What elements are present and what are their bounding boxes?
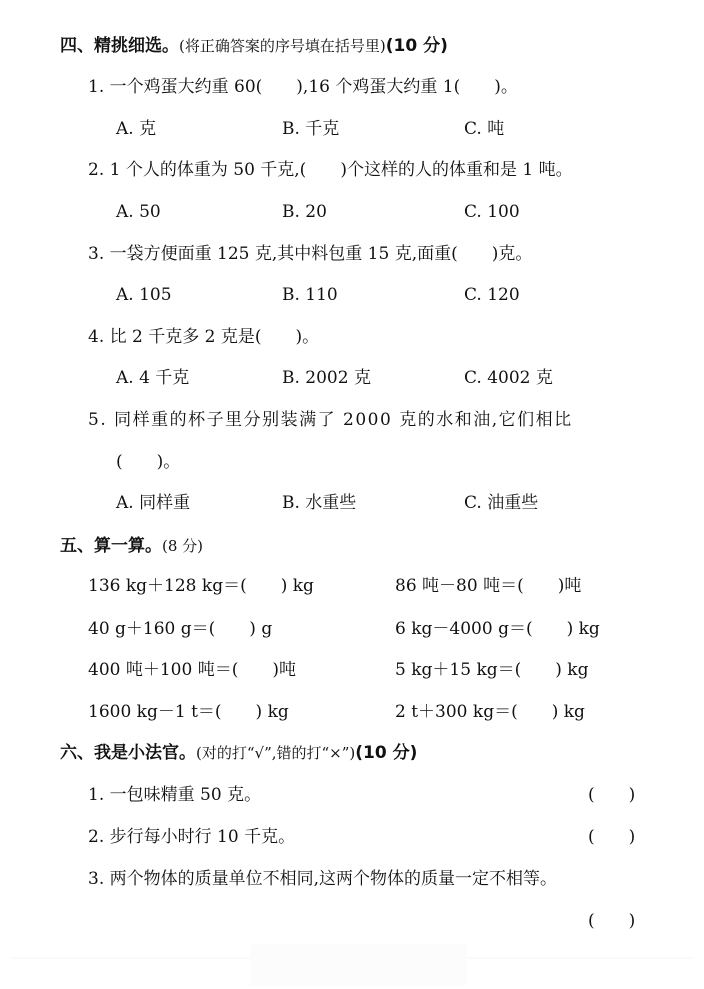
option-4-1-c: C. 吨 — [464, 118, 504, 140]
option-4-2-a: A. 50 — [116, 201, 161, 223]
section-6-heading: 六、我是小法官。(对的打“√”,错的打“×”)(10 分) — [60, 742, 417, 764]
calc-3-right: 5 kg＋15 kg＝( ) kg — [395, 659, 588, 681]
option-4-5-b: B. 水重些 — [282, 492, 356, 514]
option-4-1-a: A. 克 — [116, 118, 156, 140]
section-5-score: (8 分) — [162, 537, 203, 555]
option-4-5-c: C. 油重些 — [464, 492, 538, 514]
judge-item-3: 3. 两个物体的质量单位不相同,这两个物体的质量一定不相等。 — [88, 868, 557, 890]
calc-1-left: 136 kg＋128 kg＝( ) kg — [88, 575, 314, 597]
option-4-5-a: A. 同样重 — [116, 492, 190, 514]
option-4-4-b: B. 2002 克 — [282, 367, 371, 389]
option-4-2-c: C. 100 — [464, 201, 520, 223]
judge-item-1: 1. 一包味精重 50 克。 — [88, 784, 261, 806]
section-4-score: (10 分) — [386, 36, 448, 56]
section-6-title: 六、我是小法官。 — [60, 743, 196, 763]
option-4-3-a: A. 105 — [116, 284, 172, 306]
section-4-title: 四、精挑细选。 — [60, 36, 179, 56]
section-5-heading: 五、算一算。(8 分) — [60, 535, 203, 557]
option-4-3-c: C. 120 — [464, 284, 520, 306]
page-bottom-box — [250, 944, 466, 986]
section-6-score: (10 分) — [355, 743, 417, 763]
question-4-4: 4. 比 2 千克多 2 克是( )。 — [88, 326, 319, 348]
option-4-3-b: B. 110 — [282, 284, 338, 306]
section-4-heading: 四、精挑细选。(将正确答案的序号填在括号里)(10 分) — [60, 35, 448, 57]
section-6-note: (对的打“√”,错的打“×”) — [196, 744, 355, 762]
question-4-1: 1. 一个鸡蛋大约重 60( ),16 个鸡蛋大约重 1( )。 — [88, 76, 518, 98]
calc-4-right: 2 t＋300 kg＝( ) kg — [395, 701, 585, 723]
calc-3-left: 400 吨＋100 吨＝( )吨 — [88, 659, 296, 681]
calc-4-left: 1600 kg－1 t＝( ) kg — [88, 701, 289, 723]
question-4-2: 2. 1 个人的体重为 50 千克,( )个这样的人的体重和是 1 吨。 — [88, 159, 573, 181]
section-4-note: (将正确答案的序号填在括号里) — [179, 37, 386, 55]
option-4-1-b: B. 千克 — [282, 118, 339, 140]
calc-2-right: 6 kg－4000 g＝( ) kg — [395, 618, 600, 640]
judge-item-2: 2. 步行每小时行 10 千克。 — [88, 826, 295, 848]
judge-item-1-answer-bracket: ( ) — [588, 784, 635, 806]
calc-1-right: 86 吨－80 吨＝( )吨 — [395, 575, 581, 597]
calc-2-left: 40 g＋160 g＝( ) g — [88, 618, 272, 640]
question-4-5-continuation: ( )。 — [116, 451, 180, 473]
judge-item-2-answer-bracket: ( ) — [588, 826, 635, 848]
question-4-3: 3. 一袋方便面重 125 克,其中料包重 15 克,面重( )克。 — [88, 243, 532, 265]
judge-item-3-answer-bracket: ( ) — [588, 910, 635, 932]
question-4-5: 5. 同样重的杯子里分别装满了 2000 克的水和油,它们相比 — [88, 409, 573, 431]
option-4-2-b: B. 20 — [282, 201, 327, 223]
option-4-4-a: A. 4 千克 — [116, 367, 189, 389]
option-4-4-c: C. 4002 克 — [464, 367, 553, 389]
section-5-title: 五、算一算。 — [60, 536, 162, 556]
